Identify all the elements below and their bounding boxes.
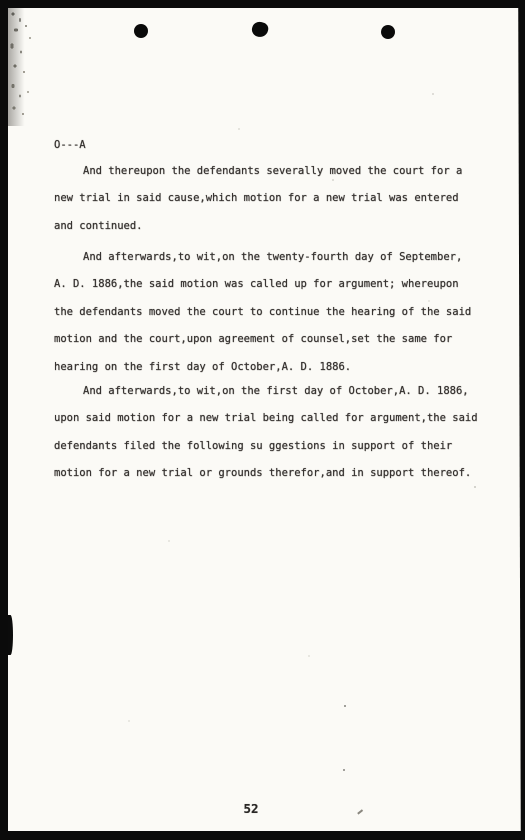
binder-hole-dot — [250, 20, 269, 38]
typed-line: And afterwards,to wit,on the twenty-four… — [83, 250, 471, 277]
typed-line: hearing on the first day of October,A. D… — [54, 360, 471, 387]
typed-line: motion for a new trial or grounds theref… — [54, 466, 478, 493]
binder-hole-dot — [381, 25, 395, 39]
typed-line: upon said motion for a new trial being c… — [54, 411, 478, 438]
typed-line: new trial in said cause,which motion for… — [54, 191, 462, 218]
margin-code: O---A — [54, 139, 86, 151]
paragraph: And afterwards,to wit,on the first day o… — [54, 384, 478, 494]
paragraph: And thereupon the defendants severally m… — [54, 164, 462, 246]
typed-line: And thereupon the defendants severally m… — [83, 164, 462, 191]
document-page: O---A And thereupon the defendants sever… — [8, 8, 521, 831]
paragraph: And afterwards,to wit,on the twenty-four… — [54, 250, 471, 387]
paper-texture-noise — [8, 8, 38, 126]
typed-line: A. D. 1886,the said motion was called up… — [54, 277, 471, 304]
page-number: 52 — [236, 801, 266, 816]
scan-border-left-bump — [8, 615, 13, 655]
scan-speckles — [344, 705, 346, 707]
typed-line: motion and the court,upon agreement of c… — [54, 332, 471, 359]
stray-pen-mark — [357, 809, 363, 814]
typed-line: the defendants moved the court to contin… — [54, 305, 471, 332]
typed-line: defendants filed the following su ggesti… — [54, 439, 478, 466]
scanned-document-screenshot: O---A And thereupon the defendants sever… — [0, 0, 525, 840]
binder-hole-dot — [134, 24, 148, 38]
typed-line: And afterwards,to wit,on the first day o… — [83, 384, 478, 411]
typed-line: and continued. — [54, 219, 462, 246]
